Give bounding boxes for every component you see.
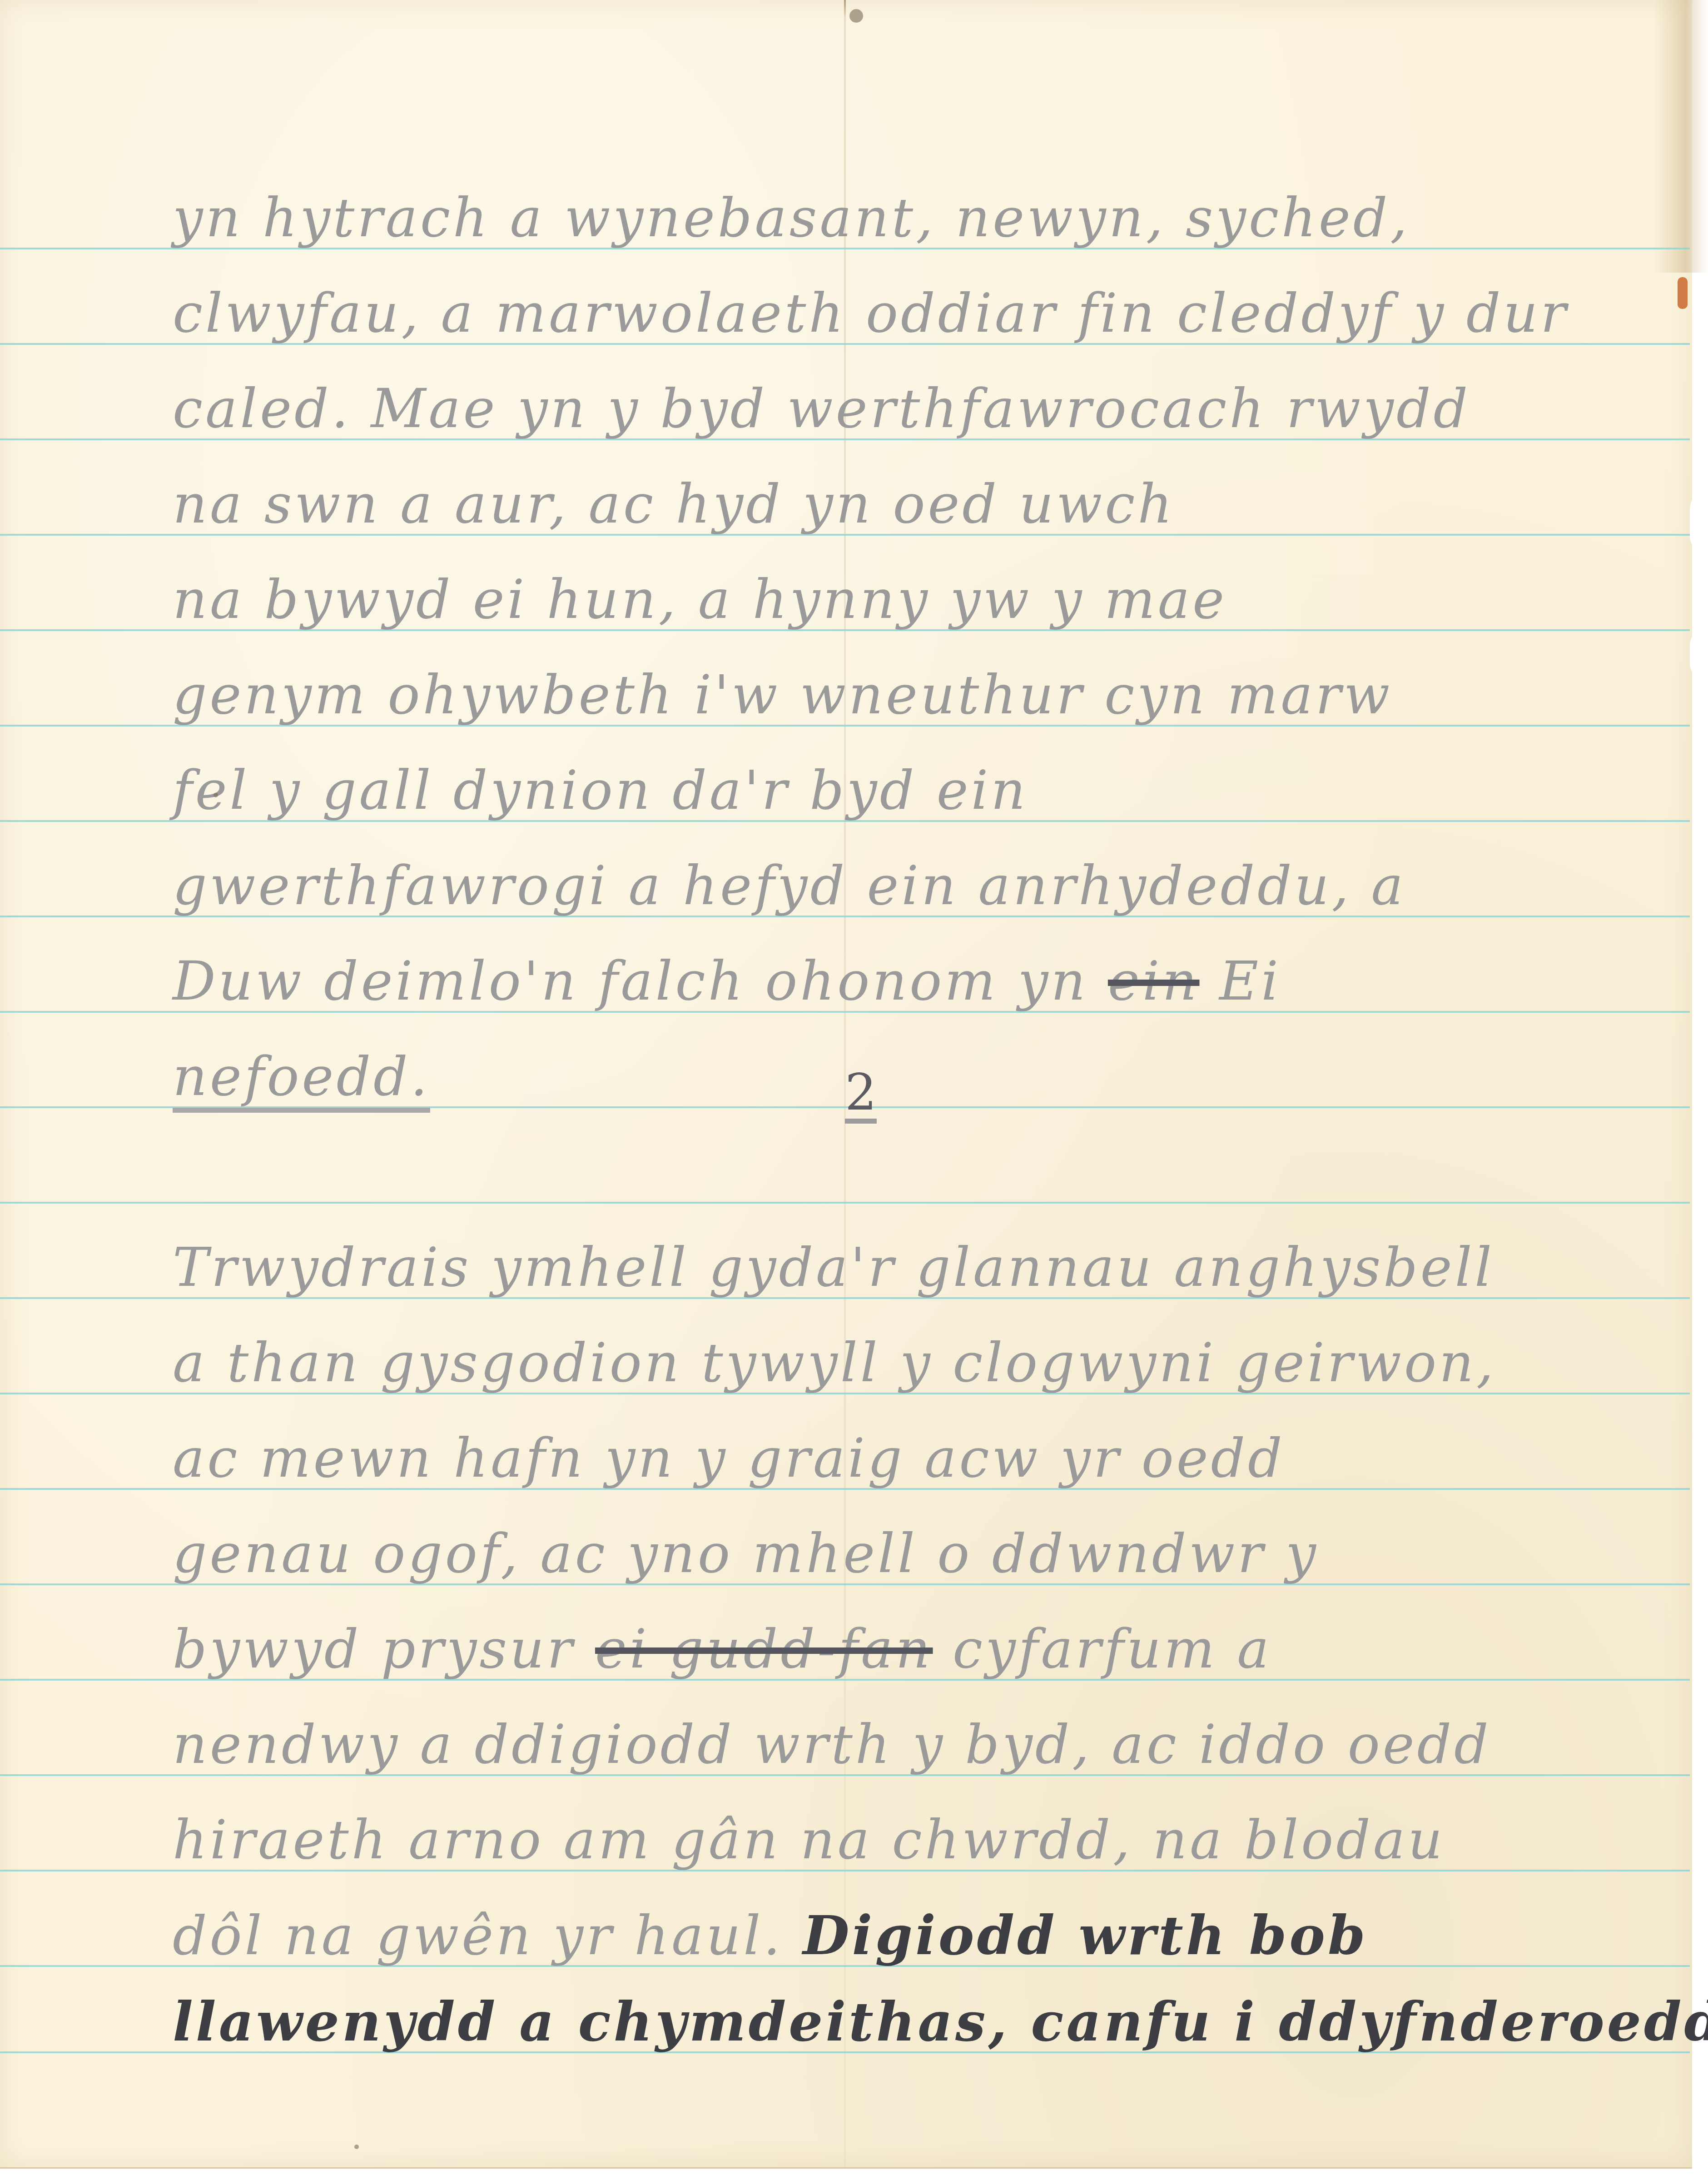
- ink-speck: [354, 2145, 359, 2149]
- handwritten-line: Duw deimlo'n falch ohonom yn ein Ei: [173, 950, 1281, 1012]
- rust-stain: [1678, 277, 1688, 309]
- line-text: Duw deimlo'n falch ohonom yn: [173, 950, 1088, 1012]
- struck-out-word: ein: [1108, 950, 1200, 1012]
- ink-speck: [213, 793, 218, 797]
- handwritten-line: gwerthfawrogi a hefyd ein anrhydeddu, a: [173, 854, 1406, 917]
- handwritten-line: bywyd prysur ei gudd-fan cyfarfum a: [173, 1618, 1272, 1680]
- line-text: dôl na gwên yr haul.: [173, 1904, 783, 1967]
- handwritten-line: Trwydrais ymhell gyda'r glannau anghysbe…: [173, 1236, 1494, 1299]
- line-text-dark-ink: Digiodd wrth bob: [803, 1904, 1368, 1967]
- handwritten-line: dôl na gwên yr haul. Digiodd wrth bob: [173, 1904, 1368, 1967]
- handwritten-line: a than gysgodion tywyll y clogwyni geirw…: [173, 1331, 1496, 1394]
- section-number: 2: [845, 1063, 877, 1121]
- handwritten-line: genym ohywbeth i'w wneuthur cyn marw: [173, 663, 1392, 726]
- torn-edge-stain: [1653, 0, 1708, 273]
- handwritten-line: clwyfau, a marwolaeth oddiar fin cleddyf…: [173, 282, 1569, 344]
- torn-edge-notch: [1690, 627, 1708, 682]
- handwritten-line: hiraeth arno am gân na chwrdd, na blodau: [173, 1808, 1445, 1871]
- fold-wear-mark: [849, 9, 863, 23]
- line-text: bywyd prysur: [173, 1618, 575, 1680]
- handwritten-line: na bywyd ei hun, a hynny yw y mae: [173, 568, 1227, 631]
- handwritten-line: caled. Mae yn y byd werthfawrocach rwydd: [173, 377, 1470, 440]
- line-text: Ei: [1219, 950, 1281, 1012]
- handwritten-line: nendwy a ddigiodd wrth y byd, ac iddo oe…: [173, 1713, 1491, 1776]
- ruled-line: [0, 1202, 1690, 1204]
- handwritten-line: na swn a aur, ac hyd yn oed uwch: [173, 473, 1175, 535]
- struck-out-phrase: ei gudd-fan: [595, 1618, 933, 1680]
- handwritten-line: yn hytrach a wynebasant, newyn, syched,: [173, 186, 1410, 249]
- handwritten-line: ac mewn hafn yn y graig acw yr oedd: [173, 1427, 1285, 1489]
- underlined-word: nefoedd.: [173, 1045, 430, 1108]
- handwritten-line: nefoedd.: [173, 1045, 430, 1108]
- handwritten-line-dark-ink: llawenydd a chymdeithas, canfu i ddyfnde…: [173, 1990, 1708, 2053]
- handwritten-line: genau ogof, ac yno mhell o ddwndwr y: [173, 1522, 1319, 1585]
- torn-edge-notch: [1690, 491, 1708, 554]
- handwritten-line: fel y gall dynion da'r byd ein: [173, 759, 1028, 821]
- line-text: cyfarfum a: [953, 1618, 1272, 1680]
